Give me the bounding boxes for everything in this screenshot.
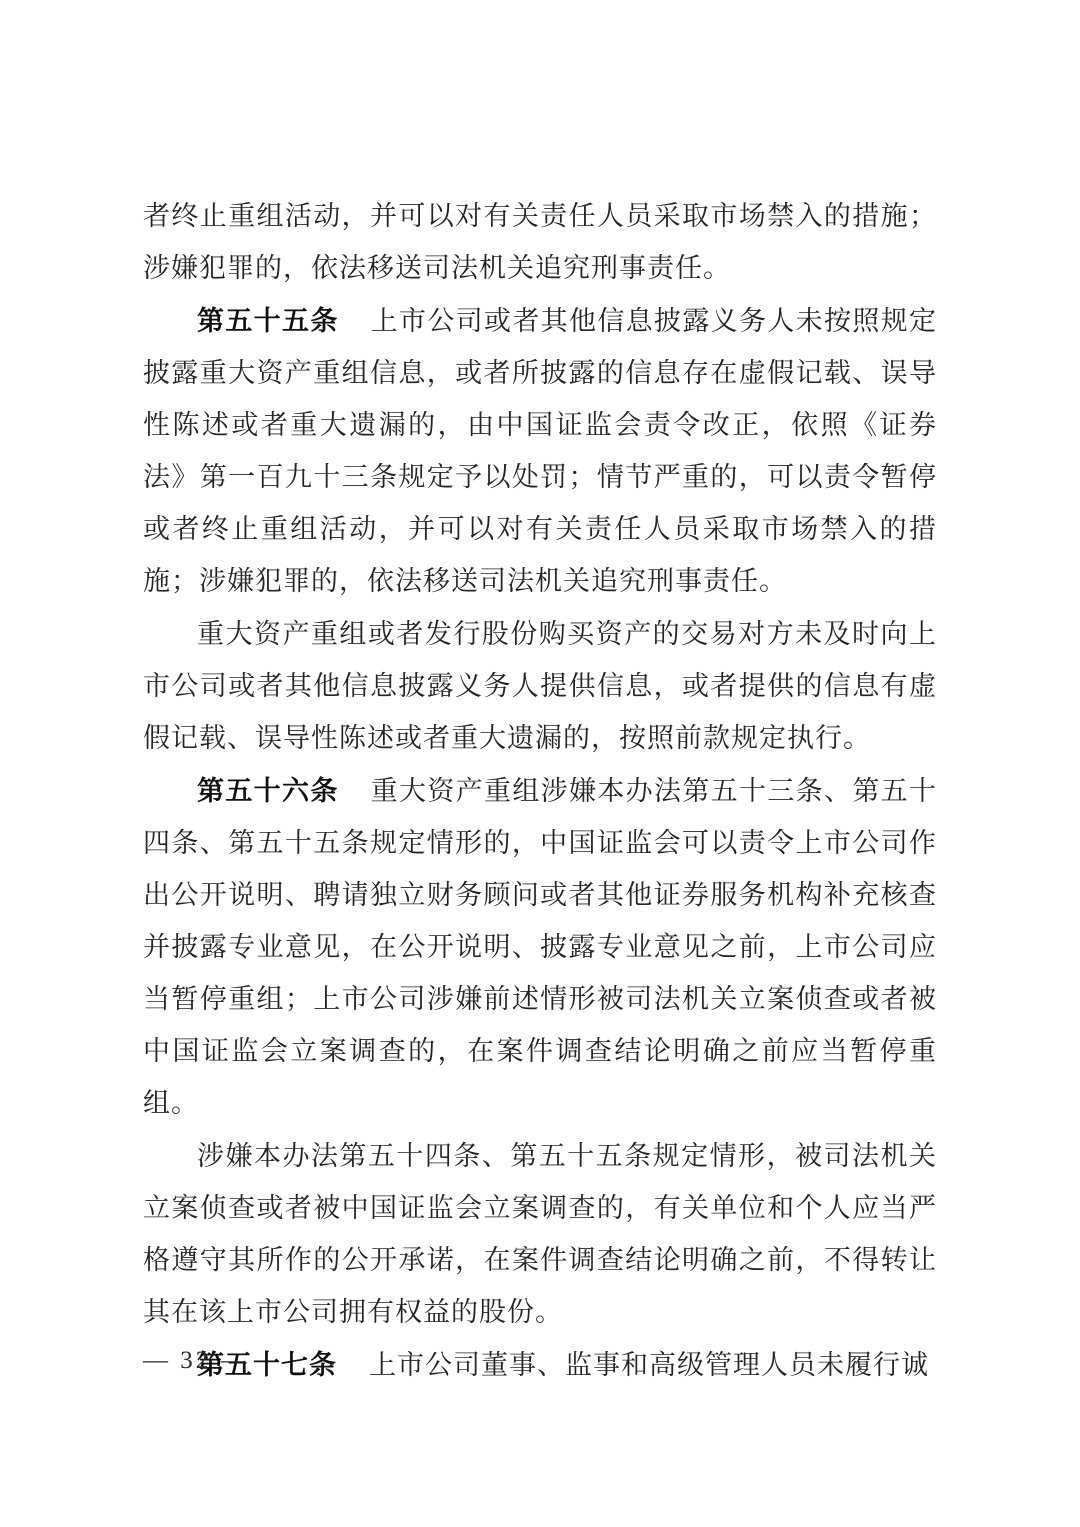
- paragraph-text: 者终止重组活动，并可以对有关责任人员采取市场禁入的措施；涉嫌犯罪的，依法移送司法…: [143, 201, 937, 284]
- document-page: 者终止重组活动，并可以对有关责任人员采取市场禁入的措施；涉嫌犯罪的，依法移送司法…: [0, 0, 1080, 1527]
- page-number: — 32 —: [143, 1344, 249, 1378]
- article-number: 第五十五条: [197, 306, 339, 336]
- paragraph-article-56-clause-2: 涉嫌本办法第五十四条、第五十五条规定情形，被司法机关立案侦查或者被中国证监会立案…: [143, 1130, 937, 1339]
- paragraph-text: 重大资产重组或者发行股份购买资产的交易对方未及时向上市公司或者其他信息披露义务人…: [143, 619, 937, 754]
- paragraph-text: 涉嫌本办法第五十四条、第五十五条规定情形，被司法机关立案侦查或者被中国证监会立案…: [143, 1141, 937, 1328]
- paragraph-article-57: 第五十七条上市公司董事、监事和高级管理人员未履行诚: [143, 1339, 937, 1392]
- paragraph-article-55: 第五十五条上市公司或者其他信息披露义务人未按照规定披露重大资产重组信息，或者所披…: [143, 295, 937, 608]
- paragraph-continuation: 者终止重组活动，并可以对有关责任人员采取市场禁入的措施；涉嫌犯罪的，依法移送司法…: [143, 190, 937, 295]
- paragraph-text: 重大资产重组涉嫌本办法第五十三条、第五十四条、第五十五条规定情形的，中国证监会可…: [143, 776, 937, 1119]
- paragraph-text: 上市公司董事、监事和高级管理人员未履行诚: [369, 1350, 929, 1381]
- paragraph-text: 上市公司或者其他信息披露义务人未按照规定披露重大资产重组信息，或者所披露的信息存…: [143, 306, 937, 597]
- paragraph-article-56: 第五十六条重大资产重组涉嫌本办法第五十三条、第五十四条、第五十五条规定情形的，中…: [143, 765, 937, 1130]
- paragraph-article-55-clause-2: 重大资产重组或者发行股份购买资产的交易对方未及时向上市公司或者其他信息披露义务人…: [143, 608, 937, 765]
- article-number: 第五十六条: [197, 776, 339, 806]
- document-body: 者终止重组活动，并可以对有关责任人员采取市场禁入的措施；涉嫌犯罪的，依法移送司法…: [143, 190, 937, 1392]
